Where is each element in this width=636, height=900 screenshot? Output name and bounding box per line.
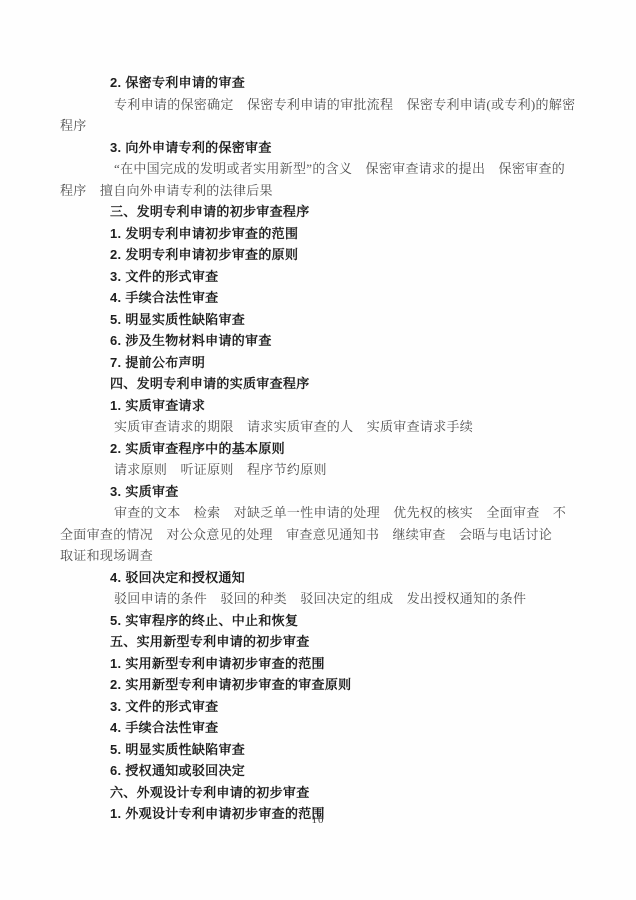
doc-heading-line: 5. 明显实质性缺陷审查 [60, 739, 576, 761]
document-body: 2. 保密专利申请的审查专利申请的保密确定 保密专利申请的审批流程 保密专利申请… [60, 72, 576, 825]
doc-heading-line: 六、外观设计专利申请的初步审查 [60, 782, 576, 804]
doc-heading-line: 4. 手续合法性审查 [60, 717, 576, 739]
doc-heading-line: 2. 实质审查程序中的基本原则 [60, 438, 576, 460]
doc-heading-line: 6. 授权通知或驳回决定 [60, 760, 576, 782]
doc-heading-line: 1. 实用新型专利申请初步审查的范围 [60, 653, 576, 675]
doc-paragraph-line: 请求原则 听证原则 程序节约原则 [60, 459, 576, 481]
doc-heading-line: 4. 手续合法性审查 [60, 287, 576, 309]
doc-heading-line: 3. 实质审查 [60, 481, 576, 503]
doc-heading-line: 三、发明专利申请的初步审查程序 [60, 201, 576, 223]
doc-heading-line: 5. 明显实质性缺陷审查 [60, 309, 576, 331]
doc-heading-line: 3. 文件的形式审查 [60, 266, 576, 288]
doc-heading-line: 7. 提前公布声明 [60, 352, 576, 374]
document-page: 2. 保密专利申请的审查专利申请的保密确定 保密专利申请的审批流程 保密专利申请… [0, 0, 636, 900]
doc-heading-line: 5. 实审程序的终止、中止和恢复 [60, 610, 576, 632]
doc-paragraph-line: 审查的文本 检索 对缺乏单一性申请的处理 优先权的核实 全面审查 不全面审查的情… [60, 502, 576, 567]
doc-paragraph-line: “在中国完成的发明或者实用新型”的含义 保密审查请求的提出 保密审查的程序 擅自… [60, 158, 576, 201]
doc-heading-line: 1. 发明专利申请初步审查的范围 [60, 223, 576, 245]
page-number: 10 [0, 814, 636, 826]
doc-heading-line: 6. 涉及生物材料申请的审查 [60, 330, 576, 352]
doc-heading-line: 3. 文件的形式审查 [60, 696, 576, 718]
doc-heading-line: 4. 驳回决定和授权通知 [60, 567, 576, 589]
doc-paragraph-line: 实质审查请求的期限 请求实质审查的人 实质审查请求手续 [60, 416, 576, 438]
doc-heading-line: 3. 向外申请专利的保密审查 [60, 137, 576, 159]
doc-heading-line: 1. 实质审查请求 [60, 395, 576, 417]
doc-heading-line: 2. 保密专利申请的审查 [60, 72, 576, 94]
doc-heading-line: 五、实用新型专利申请的初步审查 [60, 631, 576, 653]
doc-heading-line: 四、发明专利申请的实质审查程序 [60, 373, 576, 395]
doc-paragraph-line: 驳回申请的条件 驳回的种类 驳回决定的组成 发出授权通知的条件 [60, 588, 576, 610]
doc-heading-line: 2. 实用新型专利申请初步审查的审查原则 [60, 674, 576, 696]
doc-paragraph-line: 专利申请的保密确定 保密专利申请的审批流程 保密专利申请(或专利)的解密程序 [60, 94, 576, 137]
doc-heading-line: 2. 发明专利申请初步审查的原则 [60, 244, 576, 266]
